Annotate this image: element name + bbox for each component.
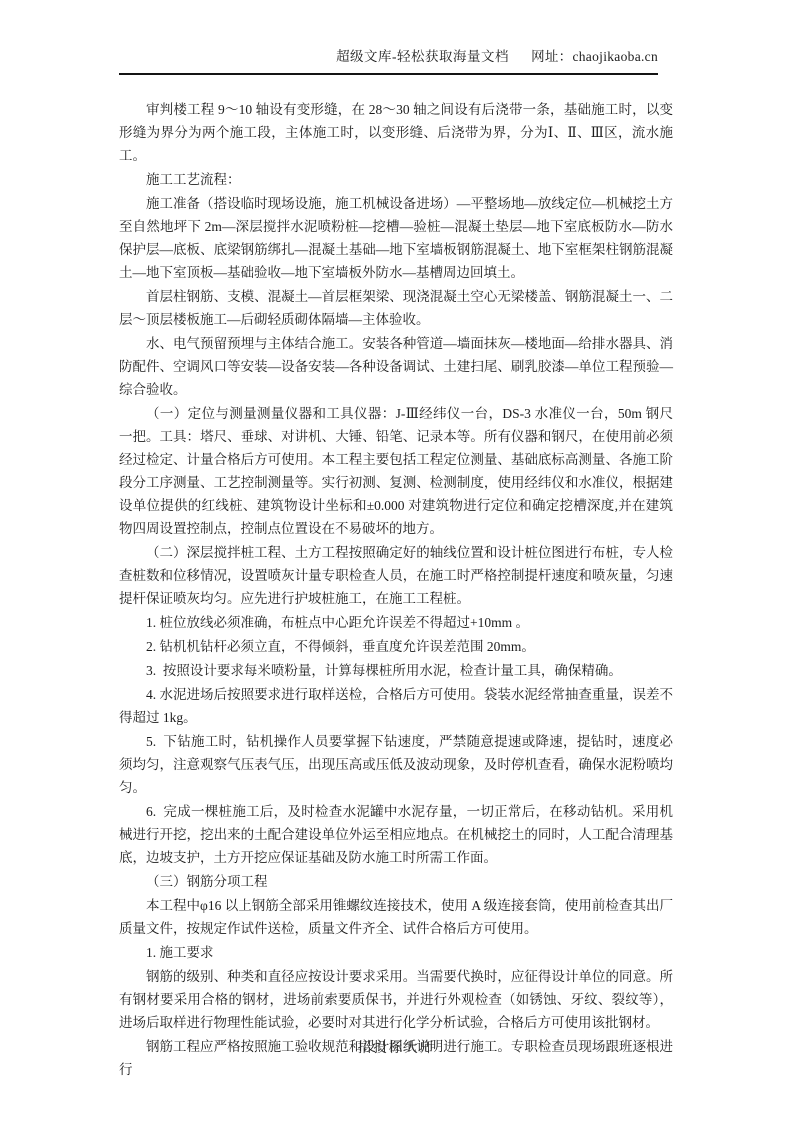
paragraph-item-2: 2. 钻机机钻杆必须立直，不得倾斜，垂直度允许误差范围 20mm。 (119, 635, 673, 658)
paragraph-section-2-piles: （二）深层搅拌桩工程、土方工程按照确定好的轴线位置和设计桩位图进行布桩，专人检查… (119, 541, 673, 610)
paragraph-section-1-survey: （一）定位与测量测量仪器和工具仪器：J-Ⅲ经纬仪一台，DS-3 水准仪一台，50… (119, 402, 673, 540)
paragraph-process-mep: 水、电气预留预埋与主体结合施工。安装各种管道—墙面抹灰—楼地面—给排水器具、消防… (119, 332, 673, 401)
paragraph-rebar-connection: 本工程中φ16 以上钢筋全部采用锥螺纹连接技术，使用 A 级连接套筒，使用前检查… (119, 894, 673, 940)
page-header: 超级文库-轻松获取海量文档网址：chaojikaoba.cn (119, 48, 658, 75)
header-site-name: 超级文库-轻松获取海量文档 (336, 49, 509, 64)
paragraph-item-1: 1. 桩位放线必须准确，布桩点中心距允许误差不得超过+10mm 。 (119, 611, 673, 634)
paragraph-axis-joints: 审判楼工程 9～10 轴设有变形缝，在 28～30 轴之间设有后浇带一条，基础施… (119, 98, 673, 167)
paragraph-process-structure: 首层柱钢筋、支模、混凝土—首层框架梁、现浇混凝土空心无梁楼盖、钢筋混凝土一、二层… (119, 285, 673, 331)
document-body: 审判楼工程 9～10 轴设有变形缝，在 28～30 轴之间设有后浇带一条，基础施… (119, 97, 673, 1082)
paragraph-item-3: 3. 按照设计要求每米喷粉量，计算每棵桩所用水泥，检查计量工具，确保精确。 (119, 659, 673, 682)
paragraph-item-4: 4. 水泥进场后按照要求进行取样送检，合格后方可使用。袋装水泥经常抽查重量，误差… (119, 683, 673, 729)
paragraph-process-title: 施工工艺流程： (119, 168, 673, 191)
paragraph-section-3-heading: （三）钢筋分项工程 (119, 870, 673, 893)
paragraph-requirements-title: 1. 施工要求 (119, 941, 673, 964)
paragraph-item-6: 6. 完成一棵桩施工后，及时检查水泥罐中水泥存量，一切正常后，在移动钻机。采用机… (119, 800, 673, 869)
paragraph-rebar-materials: 钢筋的级别、种类和直径应按设计要求采用。当需要代换时，应征得设计单位的同意。所有… (119, 965, 673, 1034)
header-site-url: 网址：chaojikaoba.cn (531, 49, 658, 64)
paragraph-process-foundation: 施工准备（搭设临时现场设施，施工机械设备进场）—平整场地—放线定位—机械挖土方至… (119, 192, 673, 284)
paragraph-item-5: 5. 下钻施工时，钻机操作人员要掌握下钻速度，严禁随意提速或降速，提钻时，速度必… (119, 730, 673, 799)
document-page: { "header": { "site": "超级文库-轻松获取海量文档", "… (0, 0, 793, 1122)
page-footer: 招投标大师 (0, 1036, 793, 1056)
